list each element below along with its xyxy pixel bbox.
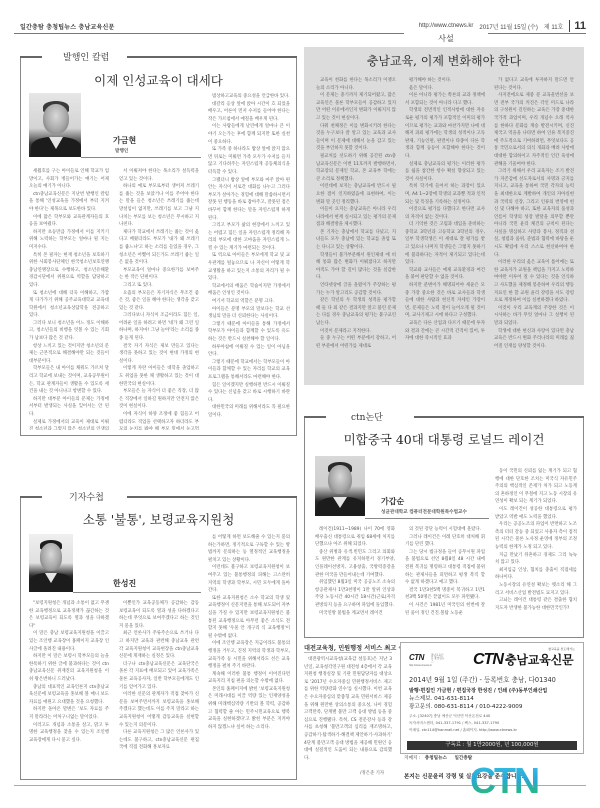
- masthead: 일간충탐 충청팁뉴스 충남교육신문 http://www.ctnews.kr 2…: [0, 0, 600, 34]
- ctn-watermark-logo: CTN: [470, 763, 538, 799]
- masthead-divider: [14, 33, 586, 34]
- news-tip-line: 뉴스제보. 041-631-8114: [409, 694, 474, 702]
- subscription-fee: 구독료 : 월 1만2000원, 년 100,000원: [407, 741, 577, 750]
- staff-info: 발행·편집인 가금현 / 편집국장 한성진 / 인쇄 (주)동부인쇄산업: [409, 687, 547, 694]
- headline: 미합중국 40대 대통령 로널드 레이건: [305, 430, 583, 448]
- editorial-box: 사설 충남교육, 이제 변화해야 한다 교육이 천화를 한다는 목소리가 이젯오…: [304, 47, 584, 385]
- frame-rule-right: [127, 496, 297, 498]
- frame-rule-left: [20, 56, 42, 58]
- frame-rule-right: [414, 416, 584, 418]
- page-number: 11: [569, 20, 586, 32]
- ctn-logo: CTN: [473, 651, 503, 669]
- headline: 충남교육, 이제 변화해야 한다: [304, 52, 584, 69]
- author-photo: [29, 93, 81, 157]
- photo-face: [328, 465, 352, 494]
- small-logo-tag: 충남교육신문 충청팁뉴스: [431, 654, 445, 663]
- site-url: http://www.ctnews.kr: [419, 23, 474, 29]
- author-name: 한성진: [113, 578, 136, 589]
- section-label: 사설: [404, 30, 488, 47]
- byline-divider: [73, 592, 201, 593]
- article-column-2: 서 이뤄져야 한다는 목소리가 설득력을 얻고 있는 것이다.하나의 예로 부모…: [119, 168, 199, 430]
- headline: 이제 인성교육이 대세다: [21, 71, 296, 89]
- forum-column: ctn논단 미합중국 40대 대통령 로널드 레이건 가갑순 성균관대학교 컴퓨…: [304, 416, 584, 638]
- byline-divider: [365, 518, 489, 519]
- publication-info-box: 참교육을 선도해가는 CTN 충남교육신문 충청팁뉴스 http://www.c…: [400, 642, 584, 754]
- photo-face: [40, 543, 62, 571]
- email-web: 이메일. ctn114@hanmail.net / 홈페이지. http://w…: [409, 728, 517, 733]
- headline: 소통 '불통', 보령교육지원청: [21, 510, 296, 528]
- brief-credit: /정은준 기자: [360, 770, 384, 776]
- publication-names: 일간충탐 충청팁뉴스 충남교육신문: [20, 22, 115, 31]
- small-logo: CTN: [409, 653, 424, 662]
- brief-divider: [304, 652, 392, 653]
- registration-info: 2014년 9월 1일 (주간) - 등록번호 충남, 다01340: [409, 674, 556, 684]
- paper-name: 충남교육신문: [505, 651, 573, 668]
- editorial-column-3: 가 없다고 교육에 투자하지 말드면 안 된다는 것이다.사지전에으로 제중 분…: [494, 77, 574, 379]
- issue-date: 2017년 11월 15일 (수): [479, 22, 537, 31]
- section-label: ctn논단: [351, 410, 383, 423]
- frame-rule-left: [20, 496, 42, 498]
- sister-label: 지매지 :: [404, 756, 420, 761]
- forum-column-1: 레이건(1911~1989) 나이 70에 영화배우출신 대통령으로 취임 68…: [315, 526, 395, 632]
- sister-paper-1: 충청팁뉴스: [425, 756, 447, 761]
- frame-rule-left: [304, 416, 326, 418]
- small-logo-url: http://www.ctnews.kr: [409, 664, 432, 667]
- brief-body: 대전광역시교육청(교육감 설동호)은 지난 3년일, 교육청각연구원 대전청 4…: [304, 656, 392, 768]
- reporter-note: 기자수첩 소통 '불통', 보령교육지원청 한성진 "보령지원청은 개념과 소통…: [20, 496, 297, 780]
- reporter-column-2: 이뿐인가 교육공동체가 공감하는 감동 보령교육이 되도록 열과 성을 다하겠다…: [119, 600, 199, 774]
- editorial-column-2: 평가해야 하는 것이다.옳은 말이다.이른 아니라 평가는 쪽론의 교과 정책에…: [405, 77, 485, 379]
- reporter-column-1: "보령지원청은 개념과 소통이 없고 무쟁한 교육행정으로 교육정책가 끊긴하는…: [29, 600, 109, 774]
- address: 주소. [32407] 충남 예산군 덕산면 덕산온천로 440: [409, 714, 490, 719]
- ad-inquiry-line: 광고문의. 080-631-8114 / 010-4222-9009: [409, 702, 522, 710]
- author-photo: [29, 534, 73, 592]
- section-label: 기자수첩: [69, 490, 104, 503]
- author-role: 발행인: [115, 148, 128, 154]
- byline-divider: [81, 157, 201, 158]
- author-role: 성균관대학교 컴퓨터전문대학원특수법교수: [381, 509, 467, 515]
- author-photo: [315, 456, 365, 516]
- reporter-column-3: 를 어떻게 하면 보도해줄 수 있는지 묻의 하는가하면, 정기적으로 구독할 …: [208, 534, 290, 774]
- article-column-3: 범상하고교육의 중요성을 언급한바 있다.대갈리 옹상 앞에 앉아 시간이 흐 …: [208, 93, 290, 430]
- forum-column-3: 동이 국민의 신뢰를 잃는 계기가 되고 협행에 대한 단호한 조치는 미국식 …: [495, 468, 577, 632]
- forum-column-2: 의 것된 강단 능력이 시험대에 올랐다.그러나 레이건은 이례 단호히 대처해…: [405, 526, 485, 632]
- issue-number: 제 11호: [544, 22, 564, 31]
- photo-face: [43, 104, 69, 134]
- author-name: 가금현: [113, 135, 136, 146]
- editorial-column-1: 교육이 천화를 한다는 목소리가 이젯오늘의 소리가 아니다.이 문제는 충기까…: [316, 77, 396, 379]
- sister-papers: 지매지 : 충청팁뉴스 일간충탐: [404, 755, 475, 761]
- reader-center: 독자서비스센터, 041-337-1791 / 팩스, 041-337-1790: [409, 721, 499, 726]
- frame-rule-right: [127, 56, 297, 58]
- article-column-1: 세월호를 구는 아이들로 인해 학교가 엄망이고, 사회가 병들어가는 얘기는 …: [29, 168, 109, 430]
- section-label: 발행인 칼럼: [63, 50, 109, 63]
- author-name: 가갑순: [381, 496, 404, 507]
- publisher-column: 발행인 칼럼 이제 인성교육이 대세다 가금현 발행인 세월호를 구는 아이들로…: [20, 56, 297, 436]
